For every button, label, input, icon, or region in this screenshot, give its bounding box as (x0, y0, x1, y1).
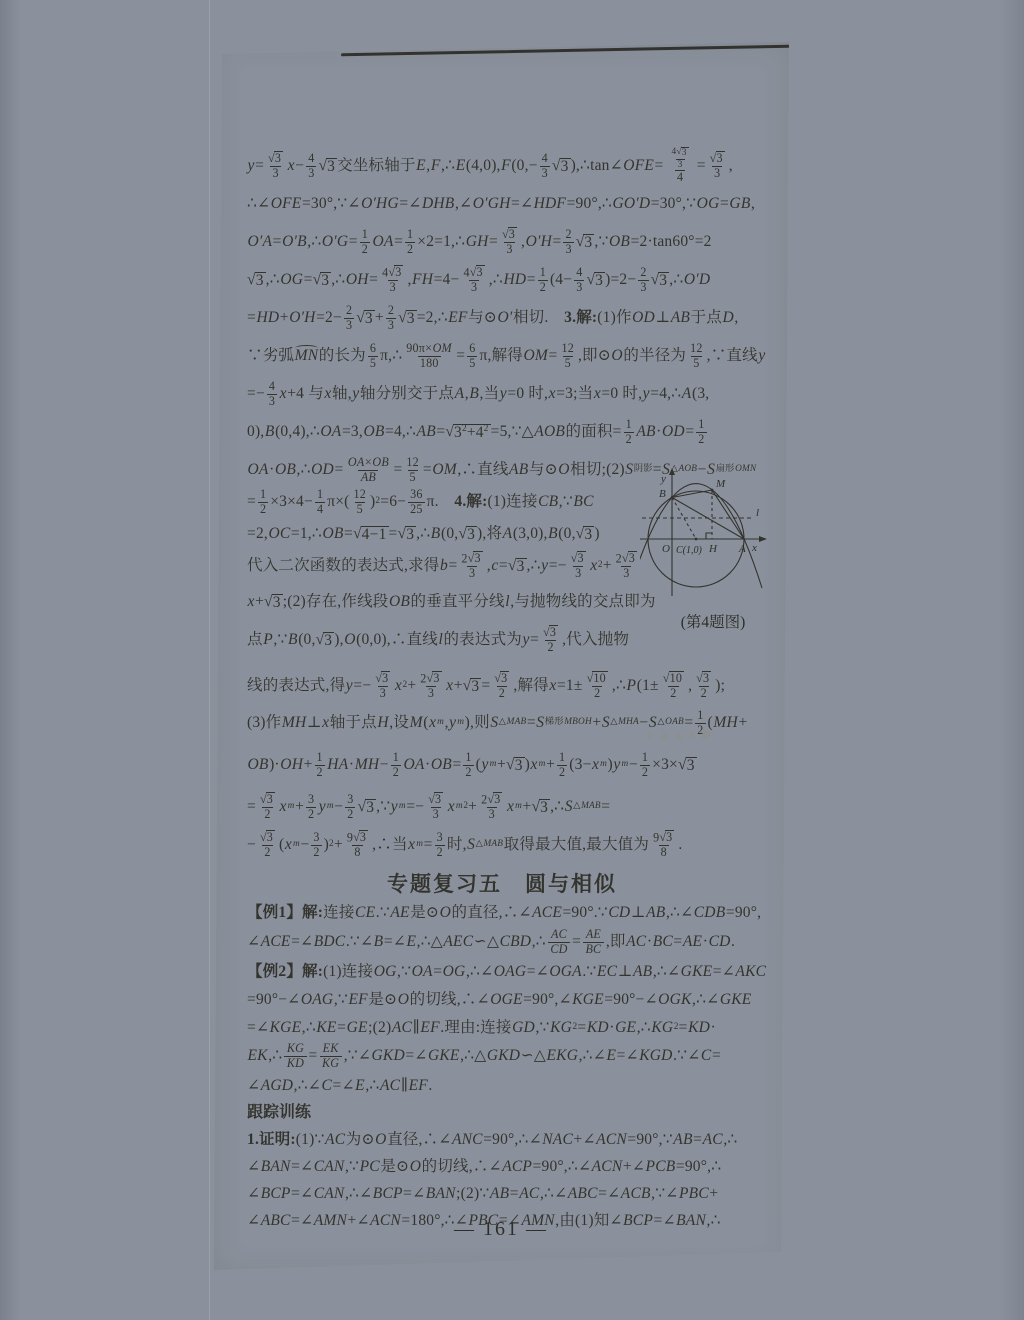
solution-text-line: =2,OC=1,∴OB=√4−1=√3,∴B(0,√3),将 A(3,0),B(… (247, 517, 600, 551)
paper-page: y=√33x−43√3交坐标轴于 E,F,∴E(4,0),F(0,−43√3),… (213, 40, 791, 1274)
segment-MA (712, 490, 744, 539)
label-origin-O: O (662, 543, 670, 555)
solution-text-line: y=√33x−43√3交坐标轴于 E,F,∴E(4,0),F(0,−43√3),… (247, 149, 733, 183)
label-point-A: A (738, 543, 746, 555)
example2-text-line: 【例2】解:(1)连接 OG,∵OA=OG,∴∠OAG=∠OGA.∵EC⊥AB,… (247, 959, 767, 985)
figure-labels: y B M l O C(1,0) H A x (659, 473, 759, 556)
example1-text-line: 【例1】解:连接 CE.∵AE 是⊙O 的直径,∴∠ACE=90°.∵CD⊥AB… (247, 900, 761, 926)
point-C (695, 538, 698, 541)
problem1-text-line: 1.证明:(1)∵AC 为⊙O 直径,∴∠ANC=90°,∴∠NAC+∠ACN=… (247, 1127, 737, 1153)
paper-top-edge-shadow (341, 45, 791, 57)
example1-text-line: ∠ACE=∠BDC.∵∠B=∠E,∴△AEC∽△CBD,∴ACCD=AEBC,即… (247, 929, 735, 955)
solution-text-line: O′A=O′B,∴O′G=12OA=12×2=1,∴GH=√33,O′H=23√… (247, 225, 712, 259)
figure-caption: (第4题图) (638, 610, 788, 632)
solution-text-line: 点 P,∵B(0,√3),O(0,0),∴直线 l 的表达式为 y=√32,代入… (247, 623, 629, 657)
solution-text-line: ∵劣弧MN的长为65π,∴90π×OM180=65π,解得 OM=125,即⊙O… (247, 339, 766, 373)
section-header: 专题复习五 圆与相似 (213, 868, 791, 898)
example2-text-line: EK,∴KGKD=EKKG,∵∠GKD=∠GKE,∴△GKD∽△EKG,∴∠E=… (247, 1043, 721, 1069)
solution-text-line: √3,∴OG=√3,∴OH=4√33,FH=4−4√33,∴HD=12(4−43… (247, 263, 711, 297)
label-line-l: l (756, 507, 759, 519)
page-number: — 161 — (213, 1218, 789, 1241)
problem4-figure: y B M l O C(1,0) H A x (640, 466, 790, 606)
solution-text-line: x+√3;(2)存在,作线段 OB 的垂直平分线 l,与抛物线的交点即为 (247, 585, 629, 619)
solution-text-line: =12×3×4−14π×(125)2=6−3625π. 4.解:(1)连接 CB… (247, 485, 594, 519)
solution-text-line: ∴∠OFE=30°,∵∠O′HG=∠DHB,∠O′GH=∠HDF=90°,∴GO… (247, 187, 755, 221)
problem1-text-line: ∠BAN=∠CAN,∵PC 是⊙O 的切线,∴∠ACP=90°,∴∠ACN+∠P… (247, 1154, 721, 1180)
solution-text-line: 代入二次函数的表达式,求得 b=2√33,c=√3,∴y=−√33x2+2√33 (247, 549, 629, 583)
label-y-axis: y (660, 473, 666, 485)
solution-text-line: OB)·OH+12HA·MH−12OA·OB=12(ym+√3)xm+12(3−… (247, 748, 697, 782)
y-axis-arrow (669, 468, 675, 475)
solution-text-line: 0),B(0,4),∴OA=3,OB=4,∴AB=√32+42=5,∵△AOB … (247, 415, 709, 449)
solution-text-line: =HD+O′H=2−23√3+23√3=2,∴EF 与⊙O′相切. 3.解:(1… (247, 301, 738, 335)
solution-text-line: −√32(xm−32)2+9√38,∴当 xm=32时,S△MAB取得最大值,最… (247, 828, 682, 862)
scanner-seam-line (209, 0, 210, 1320)
scanned-page-canvas: y=√33x−43√3交坐标轴于 E,F,∴E(4,0),F(0,−43√3),… (0, 0, 1024, 1320)
example2-text-line: ∠AGD,∴∠C=∠E,∴AC∥EF. (247, 1073, 433, 1099)
followup-training-header: 跟踪训练 (247, 1099, 311, 1122)
label-x-axis: x (751, 542, 757, 554)
example2-text-line: =90°−∠OAG,∵EF 是⊙O 的切线,∴∠OGE=90°,∠KGE=90°… (247, 987, 752, 1013)
problem1-text-line: ∠BCP=∠CAN,∴∠BCP=∠BAN;(2)∵AB=AC,∴∠ABC=∠AC… (247, 1181, 718, 1207)
solution-text-line: =−43x+4 与 x 轴,y 轴分别交于点 A,B,当 y=0 时,x=3;当… (247, 377, 709, 411)
x-axis-arrow (759, 536, 767, 542)
label-point-B: B (659, 488, 666, 500)
solution-text-line: =√32xm+32ym−32√3,∵ym=−√33xm2+2√33xm+√3,∴… (247, 790, 610, 824)
point-M (711, 489, 714, 492)
label-point-M: M (715, 478, 726, 490)
point-B (671, 496, 674, 499)
solution-text-line: 线的表达式,得 y=−√33x2+2√33x+√3=√32,解得 x=1±√10… (247, 669, 725, 703)
label-point-C: C(1,0) (676, 545, 703, 556)
label-point-H: H (708, 543, 718, 555)
right-angle-mark (706, 533, 712, 539)
pencil-smudge: ✳※⋇✳✽ (645, 726, 736, 749)
example2-text-line: =∠KGE,∴KE=GE;(2)AC∥EF.理由:连接 GD,∵KG2=KD·G… (247, 1015, 716, 1041)
